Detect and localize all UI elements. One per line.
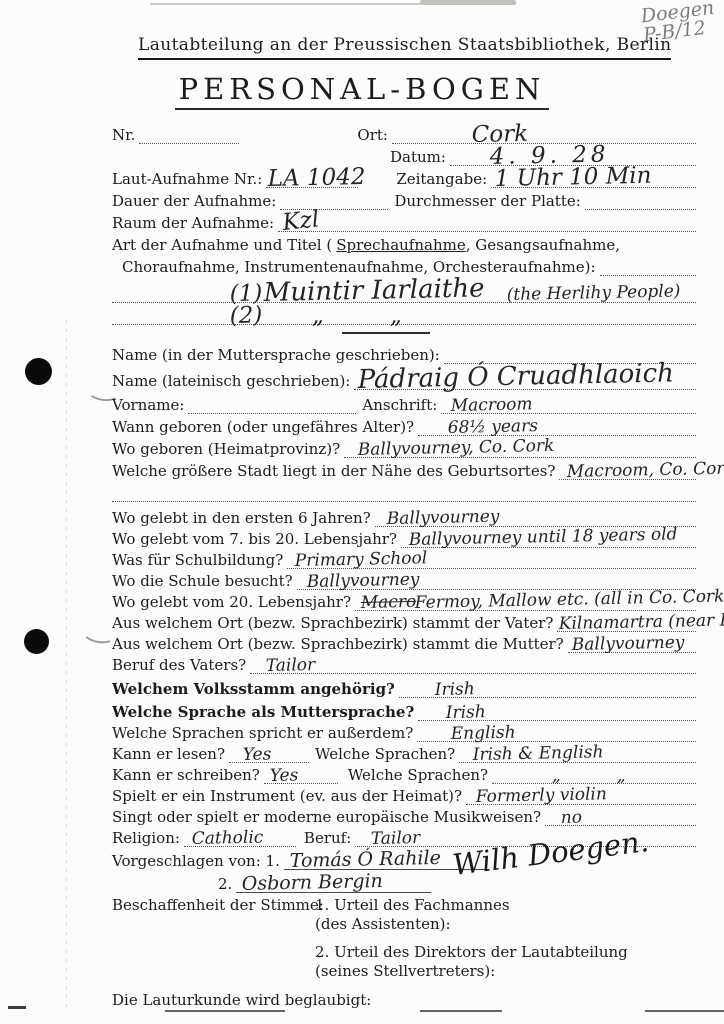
row-vater-ort: Aus welchem Ort (bezw. Sprachbezirk) sta… — [112, 611, 696, 632]
raum-field: Kzl — [278, 209, 696, 232]
schreiben-value: Yes — [269, 765, 298, 786]
gelebt20-label: Wo gelebt vom 20. Lebensjahr? — [112, 593, 355, 611]
art-label-sprechaufnahme: Sprechaufnahme — [336, 236, 466, 254]
row-dauer: Dauer der Aufnahme: Durchmesser der Plat… — [112, 188, 696, 210]
urteil-1-line-1: 1. Urteil des Fachmannes — [315, 896, 628, 915]
row-title-entry-1: (1) Muintir Iarlaithe (the Herlihy Peopl… — [112, 276, 696, 303]
scan-smudge — [420, 0, 516, 5]
row-wo-geboren: Wo geboren (Heimatprovinz)? Ballyvourney… — [112, 436, 696, 458]
stimme-block: Beschaffenheit der Stimme: 1. Urteil des… — [112, 896, 696, 981]
row-muttersprache: Welche Sprache als Muttersprache? Irish — [112, 700, 696, 721]
row-title-entry-2: (2) „ „ — [112, 303, 696, 325]
muttersprache-label: Welche Sprache als Muttersprache? — [112, 703, 418, 721]
name-mutter-label: Name (in der Muttersprache geschrieben): — [112, 346, 444, 364]
instrument-label: Spielt er ein Instrument (ev. aus der He… — [112, 787, 466, 805]
vater-ort-field: Kilnamartra (near Ballyvourney) — [557, 610, 696, 632]
row-gelebt-20: Wo gelebt vom 20. Lebensjahr? Macro Ferm… — [112, 590, 696, 611]
bottom-signature-line — [645, 1010, 724, 1012]
beruf-label: Beruf: — [296, 829, 355, 847]
muttersprache-field: Irish — [418, 699, 696, 721]
durchmesser-field — [585, 187, 696, 210]
row-gelebt-6: Wo gelebt in den ersten 6 Jahren? Ballyv… — [112, 506, 696, 527]
gelebt6-field: Ballyvourney — [375, 505, 696, 527]
row-instrument: Spielt er ein Instrument (ev. aus der He… — [112, 784, 696, 805]
fold-line — [66, 320, 67, 1010]
sprachen-sonst-field: English — [417, 720, 696, 742]
scanned-form-page: Doegen P-B/12 Lautabteilung an der Preus… — [0, 0, 724, 1024]
stadt-label: Welche größere Stadt liegt in der Nähe d… — [112, 462, 559, 480]
religion-field: Catholic — [184, 825, 296, 847]
vorname-label: Vorname: — [112, 396, 188, 414]
sprachen-sonst-label: Welche Sprachen spricht er außerdem? — [112, 724, 417, 742]
lesen-sprachen-field: Irish & English — [459, 741, 696, 763]
spacer — [112, 870, 218, 893]
anschrift-label: Anschrift: — [356, 396, 441, 414]
wann-geboren-field: 68½ years — [418, 413, 696, 436]
vorname-field — [188, 389, 356, 414]
religion-label: Religion: — [112, 829, 184, 847]
raum-value: Kzl — [281, 206, 320, 236]
art-label-post: , Gesangsaufnahme, — [466, 236, 624, 254]
stimme-urteile: 1. Urteil des Fachmannes (des Assistente… — [315, 896, 628, 981]
row-schreiben: Kann er schreiben? Yes Welche Sprachen? … — [112, 763, 696, 784]
nr-label: Nr. — [112, 126, 139, 144]
title2-ditto-1: „ — [311, 303, 323, 329]
mutter-ort-field: Ballyvourney — [568, 631, 696, 653]
row-blank-line — [112, 480, 696, 502]
vater-ort-label: Aus welchem Ort (bezw. Sprachbezirk) sta… — [112, 614, 557, 632]
bottom-signature-line — [420, 1010, 502, 1012]
urteil-2-line-2: (seines Stellvertreters): — [315, 962, 628, 981]
lesen-field: Yes — [229, 741, 309, 763]
row-lesen: Kann er lesen? Yes Welche Sprachen? Iris… — [112, 742, 696, 763]
urteil-1-line-2: (des Assistenten): — [315, 915, 628, 934]
schule-besucht-field: Ballyvourney — [297, 568, 696, 590]
dauer-label: Dauer der Aufnahme: — [112, 192, 280, 210]
row-wann-geboren: Wann geboren (oder ungefähres Alter)? 68… — [112, 414, 696, 436]
title2-field: (2) „ „ — [112, 302, 696, 325]
lesen-sprachen-label: Welche Sprachen? — [309, 745, 459, 763]
title2-number: (2) — [229, 302, 262, 329]
beruf-vater-value: Tailor — [266, 655, 316, 676]
name-latein-label: Name (lateinisch geschrieben): — [112, 372, 354, 390]
row-volksstamm: Welchem Volksstamm angehörig? Irish — [112, 677, 696, 698]
schreiben-sprachen-field: „ „ — [492, 762, 696, 784]
institution-header: Lautabteilung an der Preussischen Staats… — [138, 35, 671, 60]
anschrift-field: Macroom — [441, 389, 696, 414]
laut-nr-label: Laut-Aufnahme Nr.: — [112, 170, 266, 188]
wo-geboren-value: Ballyvourney, Co. Cork — [358, 436, 555, 460]
stimme-label: Beschaffenheit der Stimme: — [112, 896, 315, 981]
vorgeschlagen-field-2: Osborn Bergin — [236, 869, 431, 893]
art-field — [600, 253, 696, 276]
beglaubigt-label: Die Lauturkunde wird beglaubigt: — [112, 991, 375, 1009]
beruf-vater-field: Tailor — [250, 652, 696, 674]
wo-geboren-field: Ballyvourney, Co. Cork — [344, 435, 696, 458]
row-sprachen-sonst: Welche Sprachen spricht er außerdem? Eng… — [112, 721, 696, 742]
schreiben-sprachen-label: Welche Sprachen? — [338, 766, 492, 784]
short-rule — [342, 325, 430, 334]
gelebt6-label: Wo gelebt in den ersten 6 Jahren? — [112, 509, 375, 527]
row-vorgeschlagen-2: 2. Osborn Bergin — [112, 870, 696, 893]
urteil-2-line-1: 2. Urteil des Direktors der Lautabteilun… — [315, 943, 628, 962]
spacer — [239, 120, 357, 144]
bottom-edge-dash — [8, 1006, 26, 1009]
gelebt20-field: Macro Fermoy, Mallow etc. (all in Co. Co… — [355, 589, 696, 611]
punch-hole-bottom — [24, 629, 49, 654]
row-lautaufnahme: Laut-Aufnahme Nr.: LA 1042 Zeitangabe: 1… — [112, 166, 696, 188]
schulbildung-label: Was für Schulbildung? — [112, 551, 287, 569]
row-art-line1: Art der Aufnahme und Titel ( Sprechaufna… — [112, 232, 696, 254]
laut-nr-field: LA 1042 — [266, 165, 358, 188]
schreiben-label: Kann er schreiben? — [112, 766, 264, 784]
vorgeschlagen-value-2: Osborn Bergin — [242, 870, 383, 895]
gelebt7-label: Wo gelebt vom 7. bis 20. Lebensjahr? — [112, 530, 401, 548]
bottom-signature-line — [165, 1010, 285, 1012]
datum-label: Datum: — [390, 148, 450, 166]
wann-geboren-label: Wann geboren (oder ungefähres Alter)? — [112, 418, 418, 436]
gelebt7-field: Ballyvourney until 18 years old — [401, 526, 696, 548]
zeitangabe-label: Zeitangabe: — [396, 170, 491, 188]
row-beruf-vater: Beruf des Vaters? Tailor — [112, 653, 696, 674]
volksstamm-label: Welchem Volksstamm angehörig? — [112, 680, 399, 698]
volksstamm-value: Irish — [434, 679, 474, 700]
datum-field: 4. 9. 28 — [450, 143, 696, 166]
row-raum: Raum der Aufnahme: Kzl — [112, 210, 696, 232]
row-beglaubigt: Die Lauturkunde wird beglaubigt: — [112, 987, 696, 1009]
form-title: PERSONAL-BOGEN — [175, 72, 550, 110]
title2-ditto-2: „ — [389, 303, 401, 329]
gelebt20-value: Fermoy, Mallow etc. (all in Co. Cork) — [415, 586, 724, 613]
art-label-line2: Choraufnahme, Instrumentenaufnahme, Orch… — [112, 258, 600, 276]
vorgeschlagen-label: Vorgeschlagen von: 1. — [112, 852, 284, 870]
blank-field — [112, 479, 696, 502]
row-musikweisen: Singt oder spielt er moderne europäische… — [112, 805, 696, 826]
raum-label: Raum der Aufnahme: — [112, 214, 278, 232]
musikweisen-field: no — [545, 804, 696, 826]
form-body: Nr. Ort: Cork Datum: 4. 9. 28 Laut-Aufna… — [112, 120, 696, 1009]
schule-besucht-label: Wo die Schule besucht? — [112, 572, 297, 590]
art-label-pre: Art der Aufnahme und Titel ( — [112, 236, 336, 254]
stadt-field: Macroom, Co. Cork — [559, 457, 696, 480]
schulbildung-field: Primary School — [287, 547, 696, 569]
musikweisen-label: Singt oder spielt er moderne europäische… — [112, 808, 545, 826]
title1-field: (1) Muintir Iarlaithe (the Herlihy Peopl… — [112, 275, 696, 303]
volksstamm-field: Irish — [399, 676, 696, 698]
name-latein-field: Pádraig Ó Cruadhlaoich — [354, 363, 696, 390]
mutter-ort-label: Aus welchem Ort (bezw. Sprachbezirk) sta… — [112, 635, 568, 653]
spacer — [315, 934, 628, 943]
row-schule-besucht: Wo die Schule besucht? Ballyvourney — [112, 569, 696, 590]
beruf-vater-label: Beruf des Vaters? — [112, 656, 250, 674]
ort-field: Cork — [392, 119, 696, 144]
form-title-wrap: PERSONAL-BOGEN — [0, 72, 724, 110]
spacer — [112, 144, 390, 166]
dauer-field — [280, 187, 388, 210]
religion-value: Catholic — [192, 828, 264, 849]
row-groessere-stadt: Welche größere Stadt liegt in der Nähe d… — [112, 458, 696, 480]
vorgeschlagen-num-2: 2. — [218, 875, 236, 893]
punch-hole-top — [25, 358, 52, 385]
row-mutter-ort: Aus welchem Ort (bezw. Sprachbezirk) sta… — [112, 632, 696, 653]
zeitangabe-field: 1 Uhr 10 Min — [491, 165, 696, 188]
nr-field — [139, 119, 239, 144]
ort-label: Ort: — [357, 126, 392, 144]
wo-geboren-label: Wo geboren (Heimatprovinz)? — [112, 440, 344, 458]
row-art-line2: Choraufnahme, Instrumentenaufnahme, Orch… — [112, 254, 696, 276]
row-name-lateinisch: Name (lateinisch geschrieben): Pádraig Ó… — [112, 364, 696, 390]
instrument-field: Formerly violin — [466, 783, 696, 805]
row-nr-ort: Nr. Ort: Cork — [112, 120, 696, 144]
scan-speck — [150, 3, 420, 5]
schreiben-field: Yes — [264, 762, 338, 784]
row-gelebt-7-20: Wo gelebt vom 7. bis 20. Lebensjahr? Bal… — [112, 527, 696, 548]
gelebt20-struck: Macro — [361, 592, 417, 613]
durchmesser-label: Durchmesser der Platte: — [388, 192, 584, 210]
lesen-label: Kann er lesen? — [112, 745, 229, 763]
row-schulbildung: Was für Schulbildung? Primary School — [112, 548, 696, 569]
